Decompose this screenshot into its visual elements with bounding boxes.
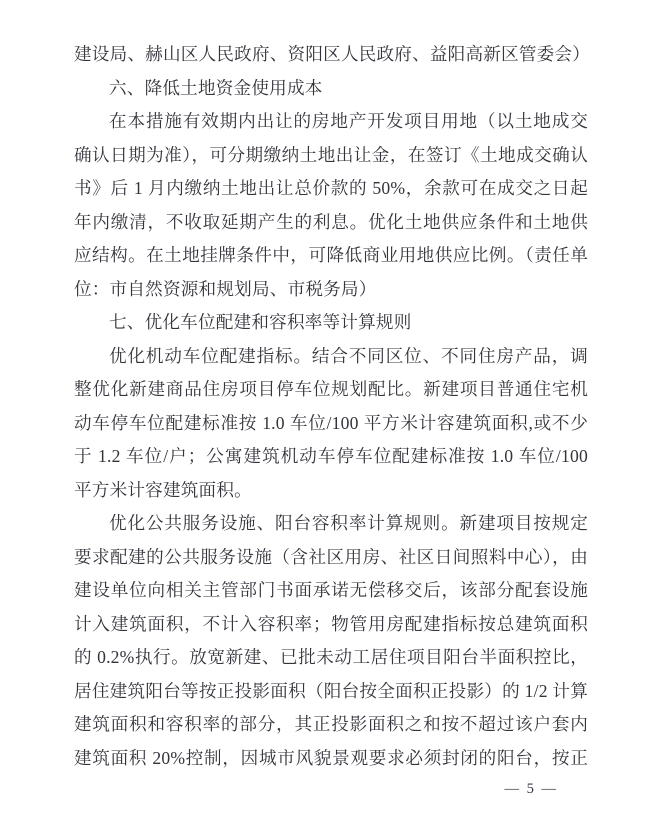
page-number: — 5 — — [505, 781, 559, 798]
text-line: 年内缴清，不收取延期产生的利息。优化土地供应条件和土地供 — [74, 206, 588, 240]
text-line: 的 0.2%执行。放宽新建、已批未动工居住项目阳台半面积控比， — [74, 641, 588, 675]
text-line: 建设局、赫山区人民政府、资阳区人民政府、益阳高新区管委会） — [74, 38, 588, 72]
text-line: 建筑面积 20%控制，因城市风貌景观要求必须封闭的阳台，按正 — [74, 742, 588, 776]
text-line: 优化机动车位配建指标。结合不同区位、不同住房产品，调 — [74, 340, 588, 374]
text-line: 建设单位向相关主管部门书面承诺无偿移交后，该部分配套设施 — [74, 574, 588, 608]
text-line: 书》后 1 月内缴纳土地出让总价款的 50%，余款可在成交之日起 1 — [74, 172, 588, 206]
text-line: 建筑面积和容积率的部分，其正投影面积之和按不超过该户套内 — [74, 708, 588, 742]
section-heading-6: 六、降低土地资金使用成本 — [74, 72, 588, 106]
text-line: 要求配建的公共服务设施（含社区用房、社区日间照料中心），由 — [74, 541, 588, 575]
section-heading-7: 七、优化车位配建和容积率等计算规则 — [74, 306, 588, 340]
text-line: 应结构。在土地挂牌条件中，可降低商业用地供应比例。（责任单 — [74, 239, 588, 273]
text-line: 平方米计容建筑面积。 — [74, 474, 588, 508]
text-line: 在本措施有效期内出让的房地产开发项目用地（以土地成交 — [74, 105, 588, 139]
text-line: 计入建筑面积，不计入容积率；物管用房配建指标按总建筑面积 — [74, 608, 588, 642]
text-line: 位：市自然资源和规划局、市税务局） — [74, 273, 588, 307]
text-line: 确认日期为准），可分期缴纳土地出让金，在签订《土地成交确认 — [74, 139, 588, 173]
text-line: 优化公共服务设施、阳台容积率计算规则。新建项目按规定 — [74, 507, 588, 541]
text-line: 于 1.2 车位/户；公寓建筑机动车停车位配建标准按 1.0 车位/100 — [74, 440, 588, 474]
page-body: 建设局、赫山区人民政府、资阳区人民政府、益阳高新区管委会） 六、降低土地资金使用… — [0, 0, 662, 775]
document-page: 建设局、赫山区人民政府、资阳区人民政府、益阳高新区管委会） 六、降低土地资金使用… — [0, 0, 662, 832]
text-line: 动车停车位配建标准按 1.0 车位/100 平方米计容建筑面积,或不少 — [74, 407, 588, 441]
text-line: 整优化新建商品住房项目停车位规划配比。新建项目普通住宅机 — [74, 373, 588, 407]
text-line: 居住建筑阳台等按正投影面积（阳台按全面积正投影）的 1/2 计算 — [74, 675, 588, 709]
